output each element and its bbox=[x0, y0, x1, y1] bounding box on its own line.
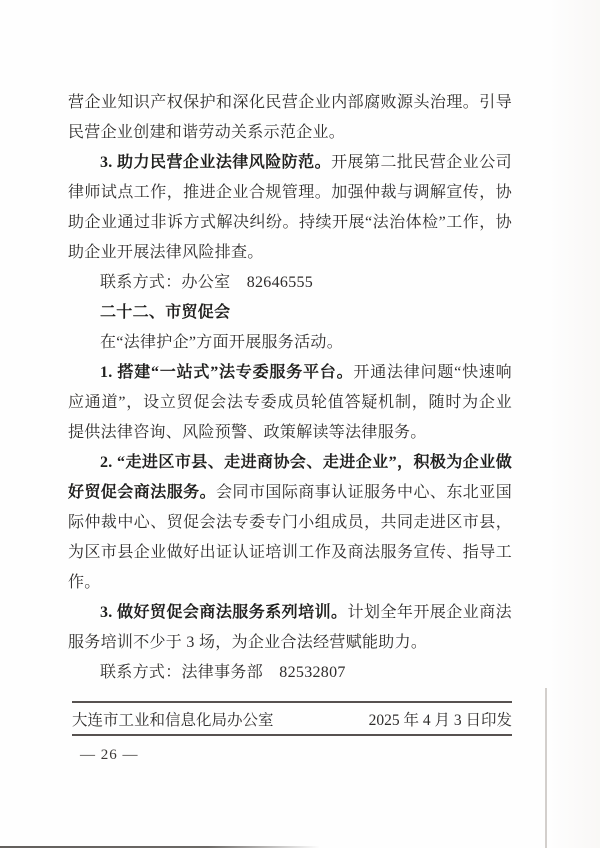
bold-text-segment: 3. 助力民营企业法律风险防范。 bbox=[100, 154, 331, 171]
text-segment: 营企业知识产权保护和深化民营企业内部腐败源头治理。引导民营企业创建和谐劳动关系示… bbox=[68, 94, 512, 141]
paragraph: 1. 搭建“一站式”法专委服务平台。开通法律问题“快速响应通道”，设立贸促会法专… bbox=[68, 358, 512, 448]
scan-shade-right bbox=[547, 0, 600, 848]
paragraph: 3. 助力民营企业法律风险防范。开展第二批民营企业公司律师试点工作，推进企业合规… bbox=[68, 148, 512, 268]
bold-text-segment: 二十二、市贸促会 bbox=[100, 304, 230, 321]
page-number: — 26 — bbox=[80, 747, 139, 764]
scan-edge-right-line bbox=[545, 688, 547, 848]
footer-print-date: 2025 年 4 月 3 日印发 bbox=[369, 708, 512, 730]
bold-text-segment: 1. 搭建“一站式”法专委服务平台。 bbox=[100, 364, 353, 381]
section-heading: 二十二、市贸促会 bbox=[68, 298, 512, 328]
bold-text-segment: 3. 做好贸促会商法服务系列培训。 bbox=[100, 604, 348, 621]
paragraph: 2. “走进区市县、走进商协会、走进企业”，积极为企业做好贸促会商法服务。会同市… bbox=[68, 448, 512, 598]
paragraph: 联系方式：法律事务部 82532807 bbox=[68, 658, 512, 688]
footer-colophon: 大连市工业和信息化局办公室 2025 年 4 月 3 日印发 bbox=[72, 701, 512, 736]
text-segment: 联系方式：法律事务部 82532807 bbox=[100, 664, 346, 681]
document-body: 营企业知识产权保护和深化民营企业内部腐败源头治理。引导民营企业创建和谐劳动关系示… bbox=[68, 88, 512, 688]
scanned-document-page: 营企业知识产权保护和深化民营企业内部腐败源头治理。引导民营企业创建和谐劳动关系示… bbox=[0, 0, 600, 848]
paragraph: 3. 做好贸促会商法服务系列培训。计划全年开展企业商法服务培训不少于 3 场，为… bbox=[68, 598, 512, 658]
paragraph: 联系方式：办公室 82646555 bbox=[68, 268, 512, 298]
paragraph: 在“法律护企”方面开展服务活动。 bbox=[68, 328, 512, 358]
paragraph: 营企业知识产权保护和深化民营企业内部腐败源头治理。引导民营企业创建和谐劳动关系示… bbox=[68, 88, 512, 148]
footer-issuer: 大连市工业和信息化局办公室 bbox=[72, 708, 274, 730]
text-segment: 联系方式：办公室 82646555 bbox=[100, 274, 313, 291]
text-segment: 在“法律护企”方面开展服务活动。 bbox=[100, 334, 343, 351]
